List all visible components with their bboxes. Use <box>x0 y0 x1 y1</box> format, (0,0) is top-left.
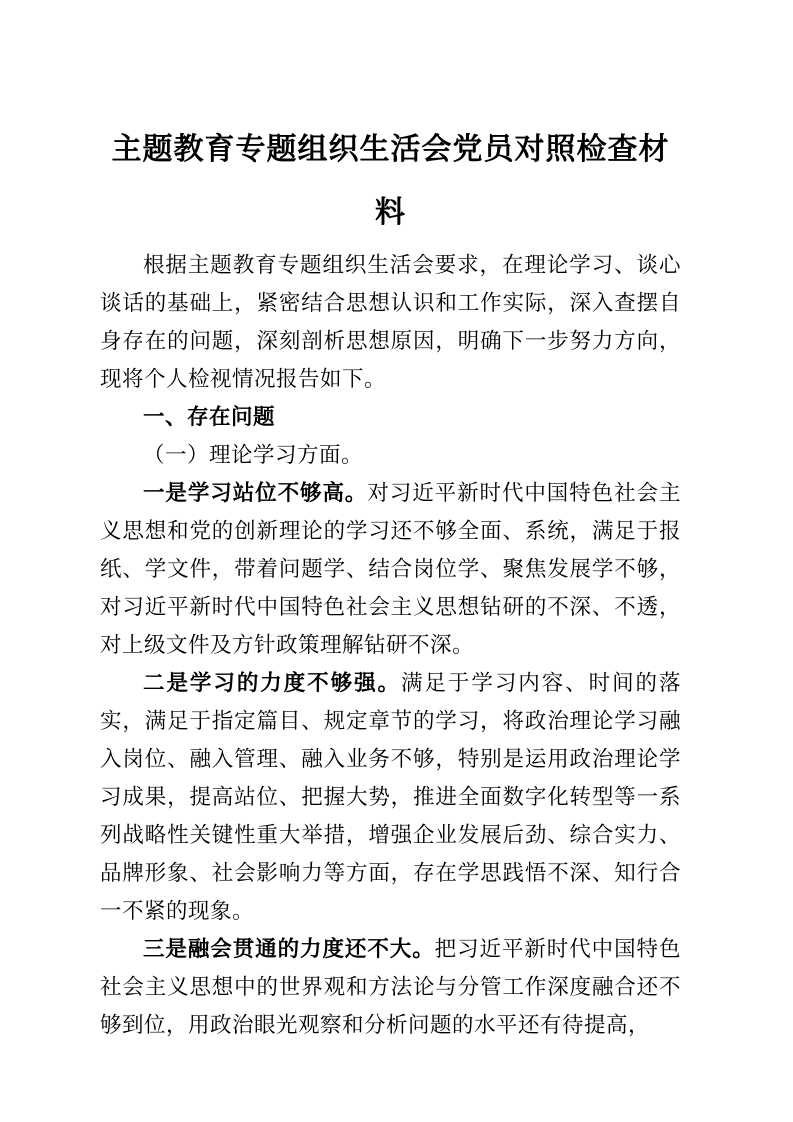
document-page: 主题教育专题组织生活会党员对照检查材料 根据主题教育专题组织生活会要求，在理论学… <box>0 0 793 1122</box>
item-1-lead: 一是学习站位不够高。 <box>143 481 367 505</box>
item-paragraph-2: 二是学习的力度不够强。满足于学习内容、时间的落实，满足于指定篇目、规定章节的学习… <box>100 664 681 930</box>
section-heading-existing-problems: 一、存在问题 <box>100 398 681 436</box>
item-1-text: 对习近平新时代中国特色社会主义思想和党的创新理论的学习还不够全面、系统，满足于报… <box>100 481 681 657</box>
subsection-heading-theory-study: （一）理论学习方面。 <box>100 436 681 474</box>
item-paragraph-1: 一是学习站位不够高。对习近平新时代中国特色社会主义思想和党的创新理论的学习还不够… <box>100 474 681 664</box>
item-paragraph-3: 三是融会贯通的力度还不大。把习近平新时代中国特色社会主义思想中的世界观和方法论与… <box>100 930 681 1044</box>
item-2-text: 满足于学习内容、时间的落实，满足于指定篇目、规定章节的学习，将政治理论学习融入岗… <box>100 671 681 923</box>
item-3-lead: 三是融会贯通的力度还不大。 <box>143 937 435 961</box>
intro-paragraph: 根据主题教育专题组织生活会要求，在理论学习、谈心谈话的基础上，紧密结合思想认识和… <box>100 246 681 398</box>
document-title: 主题教育专题组织生活会党员对照检查材料 <box>100 118 681 244</box>
item-2-lead: 二是学习的力度不够强。 <box>143 671 401 695</box>
